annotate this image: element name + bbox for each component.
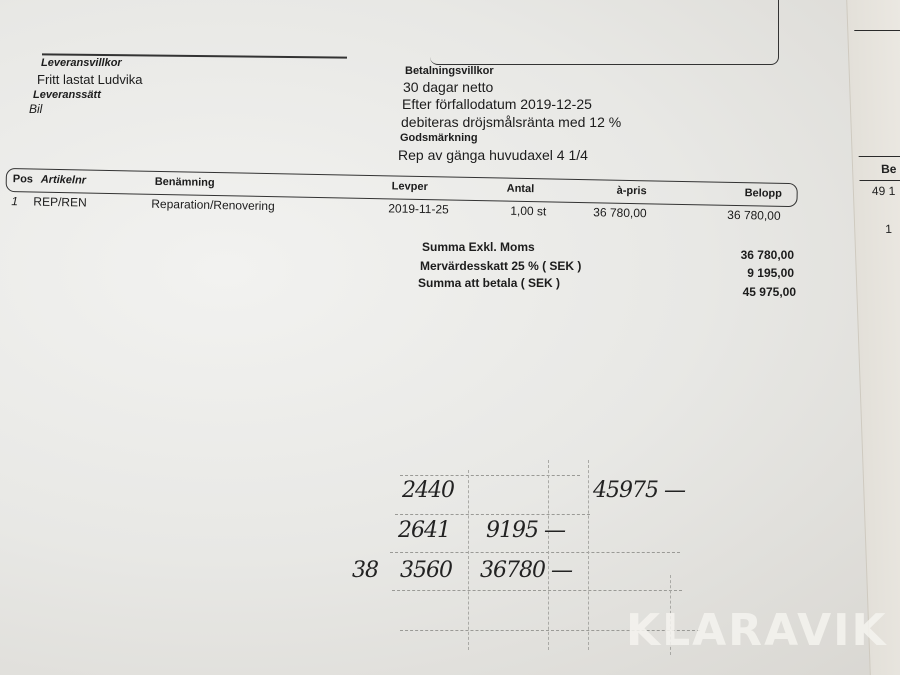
header-box: [430, 0, 779, 65]
goods-marking-label: Godsmärkning: [400, 132, 478, 144]
handwritten-note: 36780 —: [480, 558, 572, 583]
col-name: Benämning: [155, 176, 215, 189]
delivery-method-label: Leveranssätt: [33, 89, 101, 101]
line-items-table: Pos Artikelnr Benämning Levper Antal à-p…: [5, 168, 798, 227]
back-sheet-row: 49 1: [872, 184, 896, 198]
grid-line: [400, 475, 580, 477]
watermark-logo: KLARAVIK: [626, 605, 888, 656]
total-value: 45 975,00: [686, 285, 796, 299]
subtotal-label: Summa Exkl. Moms: [422, 240, 535, 254]
delivery-terms-value: Fritt lastat Ludvika: [37, 72, 143, 87]
col-date: Levper: [392, 180, 428, 193]
vat-label: Mervärdesskatt 25 % ( SEK ): [420, 259, 581, 273]
grid-line: [588, 460, 590, 650]
payment-terms-line2: Efter förfallodatum 2019-12-25: [402, 96, 592, 112]
payment-terms-line1: 30 dagar netto: [403, 79, 493, 95]
handwritten-note: 9195 —: [486, 518, 565, 543]
handwritten-note: 38: [352, 558, 378, 583]
total-label: Summa att betala ( SEK ): [418, 276, 560, 290]
back-sheet-row: 1: [885, 222, 892, 236]
handwritten-note: 45975 —: [593, 478, 685, 503]
handwritten-note: 3560: [400, 558, 452, 583]
grid-line: [395, 514, 590, 516]
col-amount: Belopp: [745, 187, 783, 200]
invoice-paper: Leveransvillkor Fritt lastat Ludvika Lev…: [0, 0, 900, 675]
col-unit-price: à-pris: [617, 185, 647, 198]
divider-line: [859, 156, 900, 157]
col-article: Artikelnr: [41, 174, 86, 187]
divider-line: [854, 30, 900, 31]
col-qty: Antal: [507, 183, 535, 196]
handwritten-note: 2641: [398, 518, 450, 543]
back-sheet-header: Be: [881, 162, 897, 176]
payment-terms-label: Betalningsvillkor: [405, 65, 494, 77]
subtotal-value: 36 780,00: [684, 248, 794, 262]
grid-line: [548, 460, 550, 650]
goods-marking-value: Rep av gänga huvudaxel 4 1/4: [398, 147, 588, 163]
delivery-terms-label: Leveransvillkor: [41, 57, 122, 69]
payment-terms-line3: debiteras dröjsmålsränta med 12 %: [401, 114, 621, 130]
delivery-method-value: Bil: [29, 102, 42, 116]
grid-line: [468, 470, 470, 650]
col-pos: Pos: [13, 173, 33, 185]
grid-line: [390, 552, 680, 554]
vat-value: 9 195,00: [684, 266, 794, 280]
divider-line: [860, 180, 900, 181]
handwritten-note: 2440: [402, 478, 454, 503]
grid-line: [392, 590, 682, 592]
